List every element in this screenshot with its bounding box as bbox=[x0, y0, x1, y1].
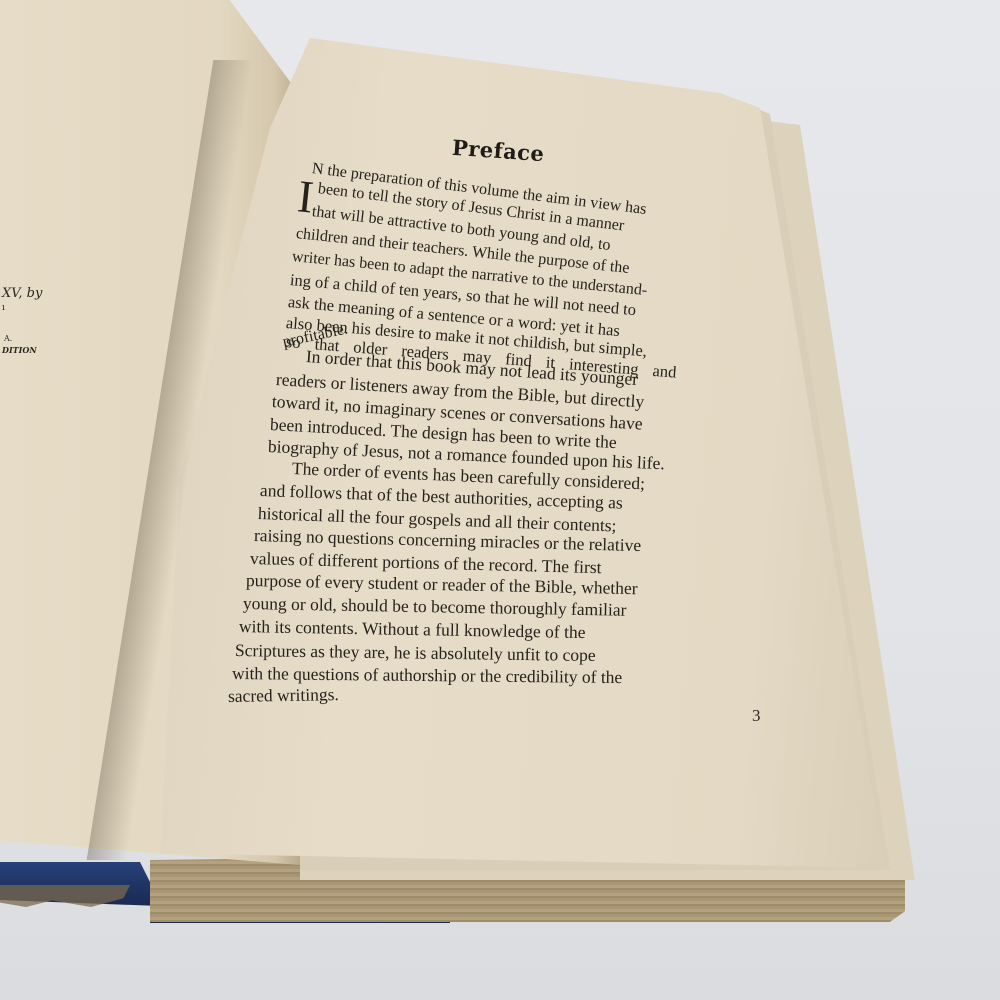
page-number: 3 bbox=[752, 706, 761, 726]
text-line: sacred writings. bbox=[228, 684, 339, 707]
preface-page-content: Preface I N the preparation of this volu… bbox=[0, 0, 1000, 1000]
page-title: Preface bbox=[451, 135, 545, 166]
text-line: Scriptures as they are, he is absolutely… bbox=[235, 640, 596, 666]
text-line: with its contents. Without a full knowle… bbox=[239, 616, 586, 643]
